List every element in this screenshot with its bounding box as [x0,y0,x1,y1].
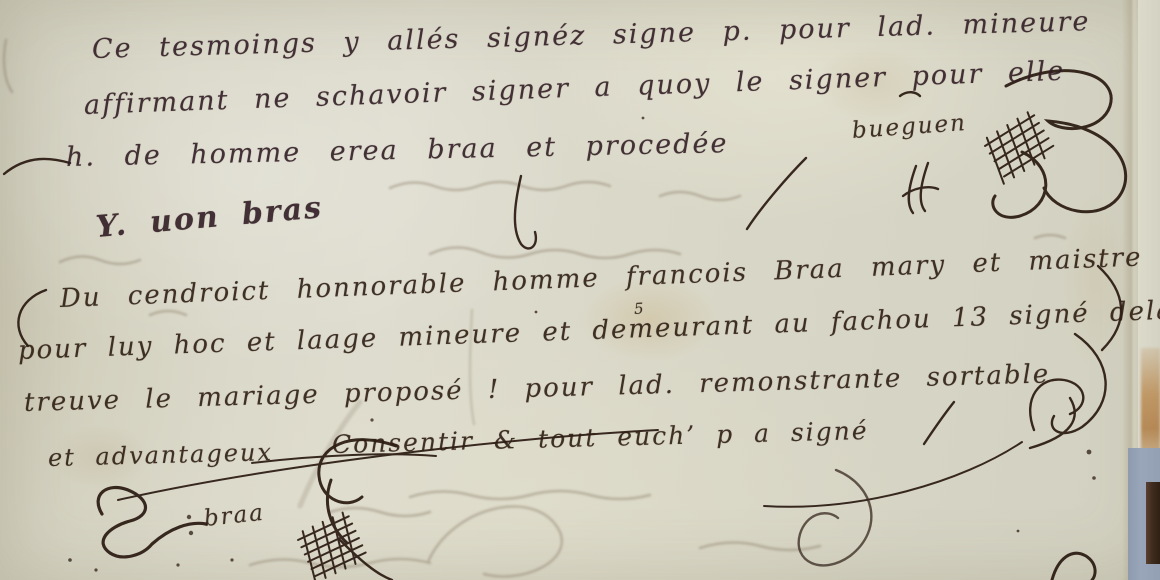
flourish-right-curl [1006,71,1126,212]
scanner-strip-dark-inset [1146,482,1160,564]
signe-slash [924,402,954,444]
manuscript-line: Consentir & tout euch’ p a signé [332,416,869,459]
descender-stroke [515,176,536,248]
stray-slash-stroke [747,158,806,229]
paraph-ff-mark [903,163,938,213]
braa-crosshatch [294,511,369,580]
rust-stain-edge [1141,348,1160,463]
paper-stain [1060,190,1130,370]
bueguen-paraph-crosshatch [900,92,1056,217]
manuscript-line: et advantageux [48,438,274,472]
line-leadin-stroke [4,159,70,174]
manuscript-page: Ce tesmoings y allés signéz signe p. pou… [0,0,1160,580]
manuscript-line: treuve le mariage proposé ! pour lad. re… [24,359,1051,418]
signature-braa: braa [203,500,267,532]
manuscript-line: h. de homme erea braa et procedée [66,128,729,173]
descender-loop [799,470,872,565]
signature-bueguen: bueguen [851,110,968,144]
next-entry-stroke [1052,553,1095,580]
line-end-r-flourish [1030,380,1083,448]
manuscript-line: Ce tesmoings y allés signéz signe p. pou… [92,6,1091,65]
signe-tail-sweep [764,442,1022,507]
signature-von-bras: Y. uon bras [94,190,324,245]
line-end-curl [1052,334,1106,433]
manuscript-line: affirmant ne schavoir signer a quoy le s… [83,56,1065,121]
